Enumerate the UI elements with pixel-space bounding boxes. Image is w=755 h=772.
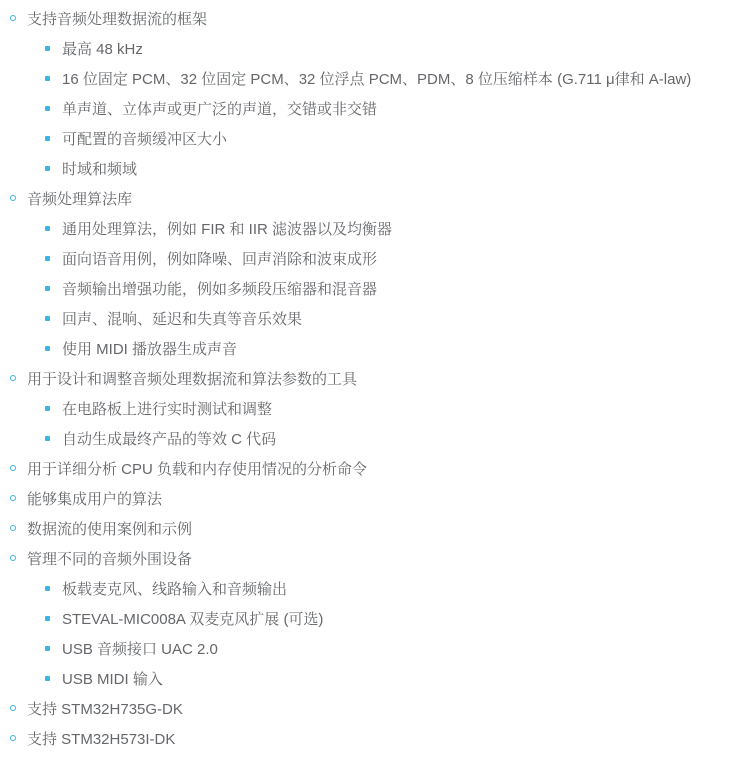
list-item: 用于详细分析 CPU 负载和内存使用情况的分析命令 [0,453,755,483]
list-item: 板载麦克风、线路输入和音频输出 [0,573,755,603]
square-bullet-icon [45,256,50,261]
square-bullet-icon [45,166,50,171]
list-item: 最高 48 kHz [0,33,755,63]
circle-bullet-icon [10,495,16,501]
square-bullet-icon [45,226,50,231]
list-item-text: 回声、混响、延迟和失真等音乐效果 [62,308,302,329]
square-bullet-icon [45,286,50,291]
square-bullet-icon [45,136,50,141]
square-bullet-icon [45,616,50,621]
list-item-text: 在电路板上进行实时测试和调整 [62,398,272,419]
list-item-text: 音频处理算法库 [27,188,132,209]
circle-bullet-icon [10,15,16,21]
list-item-text: 通用处理算法，例如 FIR 和 IIR 滤波器以及均衡器 [62,218,392,239]
list-item: 自动生成最终产品的等效 C 代码 [0,423,755,453]
list-item-text: 时域和频域 [62,158,137,179]
list-item: 用于设计和调整音频处理数据流和算法参数的工具 [0,363,755,393]
list-item-text: 支持 STM32H735G-DK [27,698,183,719]
list-item-text: 用于详细分析 CPU 负载和内存使用情况的分析命令 [27,458,367,479]
list-item: 支持 STM32H735G-DK [0,693,755,723]
list-item: 使用 MIDI 播放器生成声音 [0,333,755,363]
square-bullet-icon [45,46,50,51]
list-item-text: 支持音频处理数据流的框架 [27,8,207,29]
list-item-text: 支持 STM32H573I-DK [27,728,175,749]
list-item: 通用处理算法，例如 FIR 和 IIR 滤波器以及均衡器 [0,213,755,243]
list-item: USB MIDI 输入 [0,663,755,693]
list-item-text: 使用 MIDI 播放器生成声音 [62,338,237,359]
list-item-text: 最高 48 kHz [62,38,143,59]
square-bullet-icon [45,346,50,351]
list-item: 面向语音用例，例如降噪、回声消除和波束成形 [0,243,755,273]
square-bullet-icon [45,106,50,111]
list-item: 支持 STM32H573I-DK [0,723,755,753]
square-bullet-icon [45,76,50,81]
list-item-text: 能够集成用户的算法 [27,488,162,509]
list-item: 回声、混响、延迟和失真等音乐效果 [0,303,755,333]
list-item-text: 管理不同的音频外围设备 [27,548,192,569]
list-item: 时域和频域 [0,153,755,183]
list-item: 数据流的使用案例和示例 [0,513,755,543]
list-item: 可配置的音频缓冲区大小 [0,123,755,153]
list-item: 音频处理算法库 [0,183,755,213]
square-bullet-icon [45,586,50,591]
list-item: 能够集成用户的算法 [0,483,755,513]
list-item: STEVAL-MIC008A 双麦克风扩展 (可选) [0,603,755,633]
circle-bullet-icon [10,465,16,471]
list-item: 16 位固定 PCM、32 位固定 PCM、32 位浮点 PCM、PDM、8 位… [0,63,755,93]
circle-bullet-icon [10,735,16,741]
list-item-text: 音频输出增强功能，例如多频段压缩器和混音器 [62,278,377,299]
square-bullet-icon [45,676,50,681]
circle-bullet-icon [10,525,16,531]
list-item-text: 数据流的使用案例和示例 [27,518,192,539]
list-item: 音频输出增强功能，例如多频段压缩器和混音器 [0,273,755,303]
list-item: 单声道、立体声或更广泛的声道，交错或非交错 [0,93,755,123]
list-item-text: 自动生成最终产品的等效 C 代码 [62,428,276,449]
list-item-text: USB MIDI 输入 [62,668,163,689]
list-item-text: 板载麦克风、线路输入和音频输出 [62,578,287,599]
circle-bullet-icon [10,705,16,711]
circle-bullet-icon [10,555,16,561]
list-item-text: 16 位固定 PCM、32 位固定 PCM、32 位浮点 PCM、PDM、8 位… [62,68,691,89]
list-item-text: 面向语音用例，例如降噪、回声消除和波束成形 [62,248,377,269]
list-item-text: 用于设计和调整音频处理数据流和算法参数的工具 [27,368,357,389]
list-item: 管理不同的音频外围设备 [0,543,755,573]
list-item: USB 音频接口 UAC 2.0 [0,633,755,663]
list-item-text: STEVAL-MIC008A 双麦克风扩展 (可选) [62,608,323,629]
list-item: 在电路板上进行实时测试和调整 [0,393,755,423]
circle-bullet-icon [10,195,16,201]
feature-overview-page: 支持音频处理数据流的框架最高 48 kHz16 位固定 PCM、32 位固定 P… [0,0,755,772]
list-item: 支持音频处理数据流的框架 [0,3,755,33]
circle-bullet-icon [10,375,16,381]
square-bullet-icon [45,316,50,321]
square-bullet-icon [45,406,50,411]
square-bullet-icon [45,436,50,441]
feature-list: 支持音频处理数据流的框架最高 48 kHz16 位固定 PCM、32 位固定 P… [0,3,755,753]
list-item-text: 可配置的音频缓冲区大小 [62,128,227,149]
square-bullet-icon [45,646,50,651]
list-item-text: 单声道、立体声或更广泛的声道，交错或非交错 [62,98,377,119]
list-item-text: USB 音频接口 UAC 2.0 [62,638,218,659]
